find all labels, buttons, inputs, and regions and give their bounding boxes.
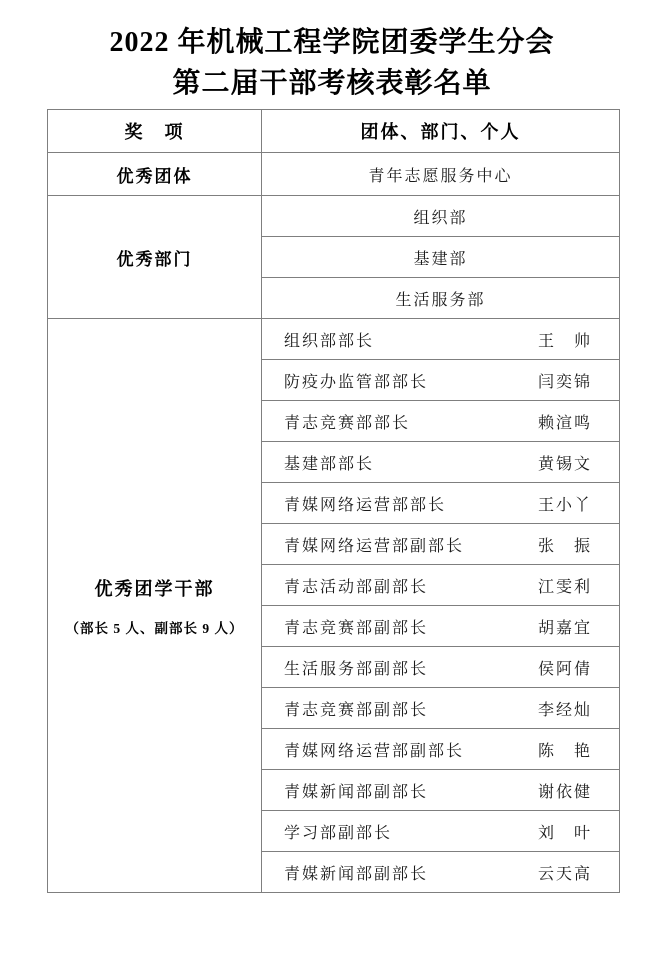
cadre-position: 组织部部长 (284, 328, 374, 351)
excellent-cadre-label: 优秀团学干部 (48, 575, 261, 601)
cadre-name: 刘 叶 (538, 820, 592, 843)
cadre-name: 赖渲鸣 (538, 410, 592, 433)
excellent-group-row: 优秀团体 青年志愿服务中心 (48, 153, 620, 196)
commendation-table: 奖 项 团体、部门、个人 优秀团体 青年志愿服务中心 优秀部门 组织部 基建部 … (47, 109, 620, 893)
cadre-position: 基建部部长 (284, 451, 374, 474)
cadre-position: 青媒网络运营部部长 (284, 492, 446, 515)
cadre-position: 青志竞赛部部长 (284, 410, 410, 433)
cadre-entry-cell: 学习部副部长刘 叶 (262, 811, 620, 852)
cadre-name: 李经灿 (538, 697, 592, 720)
cadre-position: 青媒网络运营部副部长 (284, 533, 464, 556)
excellent-department-label: 优秀部门 (48, 196, 262, 319)
cadre-name: 张 振 (538, 533, 592, 556)
excellent-cadre-label-cell: 优秀团学干部 （部长 5 人、副部长 9 人） (48, 319, 262, 893)
document-page: 2022 年机械工程学院团委学生分会 第二届干部考核表彰名单 奖 项 团体、部门… (0, 0, 664, 960)
table-header-row: 奖 项 团体、部门、个人 (48, 110, 620, 153)
excellent-department-row: 优秀部门 组织部 (48, 196, 620, 237)
cadre-entry-cell: 青媒新闻部副部长谢依健 (262, 770, 620, 811)
cadre-entry-cell: 基建部部长黄锡文 (262, 442, 620, 483)
cadre-position: 学习部副部长 (284, 820, 392, 843)
cadre-position: 青志活动部副部长 (284, 574, 428, 597)
cadre-position: 生活服务部副部长 (284, 656, 428, 679)
cadre-entry-cell: 青志竞赛部副部长李经灿 (262, 688, 620, 729)
cadre-entry-cell: 防疫办监管部部长闫奕锦 (262, 360, 620, 401)
excellent-group-value: 青年志愿服务中心 (262, 153, 620, 196)
cadre-name: 陈 艳 (538, 738, 592, 761)
header-recipient-column: 团体、部门、个人 (262, 110, 620, 153)
cadre-name: 王小丫 (538, 492, 592, 515)
department-value: 基建部 (262, 237, 620, 278)
cadre-name: 云天高 (538, 861, 592, 884)
cadre-name: 胡嘉宜 (538, 615, 592, 638)
cadre-entry-cell: 青志活动部副部长江雯利 (262, 565, 620, 606)
cadre-position: 青志竞赛部副部长 (284, 615, 428, 638)
excellent-cadre-sublabel: （部长 5 人、副部长 9 人） (48, 617, 261, 637)
cadre-name: 黄锡文 (538, 451, 592, 474)
header-award-column: 奖 项 (48, 110, 262, 153)
cadre-position: 防疫办监管部部长 (284, 369, 428, 392)
cadre-entry-cell: 青志竞赛部副部长胡嘉宜 (262, 606, 620, 647)
cadre-entry-cell: 青媒网络运营部副部长陈 艳 (262, 729, 620, 770)
cadre-entry-cell: 青媒网络运营部部长王小丫 (262, 483, 620, 524)
cadre-position: 青媒新闻部副部长 (284, 779, 428, 802)
cadre-position: 青媒新闻部副部长 (284, 861, 428, 884)
excellent-group-label: 优秀团体 (48, 153, 262, 196)
document-title: 2022 年机械工程学院团委学生分会 第二届干部考核表彰名单 (0, 0, 664, 104)
cadre-name: 侯阿倩 (538, 656, 592, 679)
cadre-entry-cell: 组织部部长王 帅 (262, 319, 620, 360)
department-value: 组织部 (262, 196, 620, 237)
cadre-position: 青志竞赛部副部长 (284, 697, 428, 720)
cadre-name: 王 帅 (538, 328, 592, 351)
cadre-entry-cell: 青志竞赛部部长赖渲鸣 (262, 401, 620, 442)
title-line-2: 第二届干部考核表彰名单 (0, 63, 664, 104)
cadre-name: 谢依健 (538, 779, 592, 802)
title-line-1: 2022 年机械工程学院团委学生分会 (0, 22, 664, 63)
cadre-entry-cell: 青媒网络运营部副部长张 振 (262, 524, 620, 565)
cadre-position: 青媒网络运营部副部长 (284, 738, 464, 761)
cadre-name: 江雯利 (538, 574, 592, 597)
department-value: 生活服务部 (262, 278, 620, 319)
cadre-row: 优秀团学干部 （部长 5 人、副部长 9 人） 组织部部长王 帅 (48, 319, 620, 360)
cadre-entry-cell: 生活服务部副部长侯阿倩 (262, 647, 620, 688)
cadre-name: 闫奕锦 (538, 369, 592, 392)
cadre-entry-cell: 青媒新闻部副部长云天高 (262, 852, 620, 893)
